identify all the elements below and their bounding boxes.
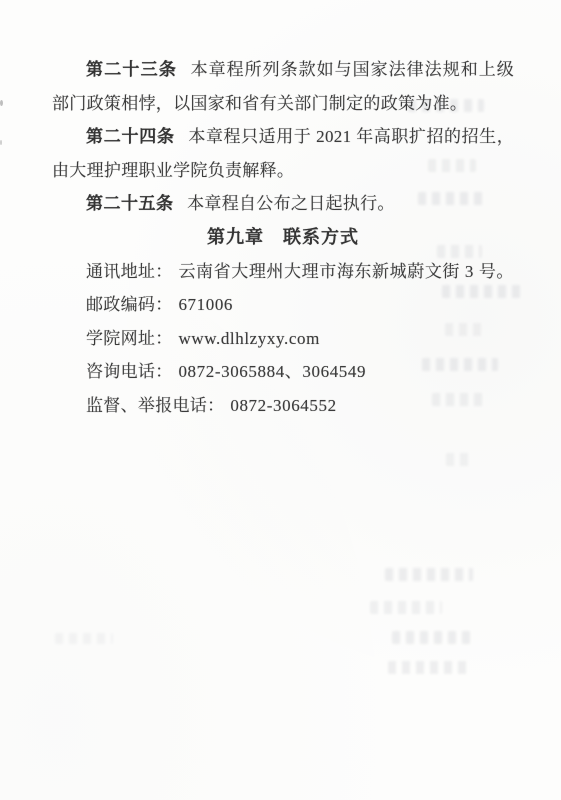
bleed-through-mark <box>385 568 473 581</box>
contact-postcode-label: 邮政编码： <box>86 295 173 314</box>
document-body: 第二十三条本章程所列条款如与国家法律法规和上级部门政策相悖，以国家和省有关部门制… <box>52 53 514 423</box>
chapter-heading: 第九章 联系方式 <box>52 221 514 255</box>
article-25-number: 第二十五条 <box>86 194 174 213</box>
article-25: 第二十五条本章程自公布之日起执行。 <box>52 187 514 221</box>
contact-website-label: 学院网址： <box>86 329 173 348</box>
bleed-through-mark <box>388 661 468 674</box>
article-24-number: 第二十四条 <box>86 127 175 146</box>
contact-report-phone-value: 0872-3064552 <box>230 396 336 415</box>
contact-report-phone-label: 监督、举报电话： <box>86 396 224 415</box>
contact-inquiry-phone-value: 0872-3065884、3064549 <box>178 362 366 381</box>
contact-inquiry-phone-line: 咨询电话：0872-3065884、3064549 <box>52 355 514 389</box>
scanned-document-page: 第二十三条本章程所列条款如与国家法律法规和上级部门政策相悖，以国家和省有关部门制… <box>0 0 561 800</box>
article-25-text: 本章程自公布之日起执行。 <box>187 194 395 213</box>
article-24: 第二十四条本章程只适用于 2021 年高职扩招的招生，由大理护理职业学院负责解释… <box>52 120 514 187</box>
scan-speck <box>0 100 3 106</box>
contact-report-phone-line: 监督、举报电话：0872-3064552 <box>52 389 514 423</box>
contact-postcode-line: 邮政编码：671006 <box>52 288 514 322</box>
contact-address-label: 通讯地址： <box>86 262 173 281</box>
contact-postcode-value: 671006 <box>178 295 233 314</box>
bleed-through-mark <box>370 601 442 614</box>
article-23: 第二十三条本章程所列条款如与国家法律法规和上级部门政策相悖，以国家和省有关部门制… <box>52 53 514 120</box>
article-23-number: 第二十三条 <box>86 60 177 79</box>
contact-inquiry-phone-label: 咨询电话： <box>86 362 173 381</box>
bleed-through-mark <box>55 633 113 644</box>
contact-address-line: 通讯地址：云南省大理州大理市海东新城蔚文街 3 号。 <box>52 255 514 289</box>
contact-website-line: 学院网址：www.dlhlzyxy.com <box>52 322 514 356</box>
scan-speck <box>0 140 2 145</box>
bleed-through-mark <box>392 631 472 644</box>
contact-address-value: 云南省大理州大理市海东新城蔚文街 3 号。 <box>178 262 514 281</box>
bleed-through-mark <box>446 453 474 466</box>
contact-website-value: www.dlhlzyxy.com <box>178 329 319 348</box>
